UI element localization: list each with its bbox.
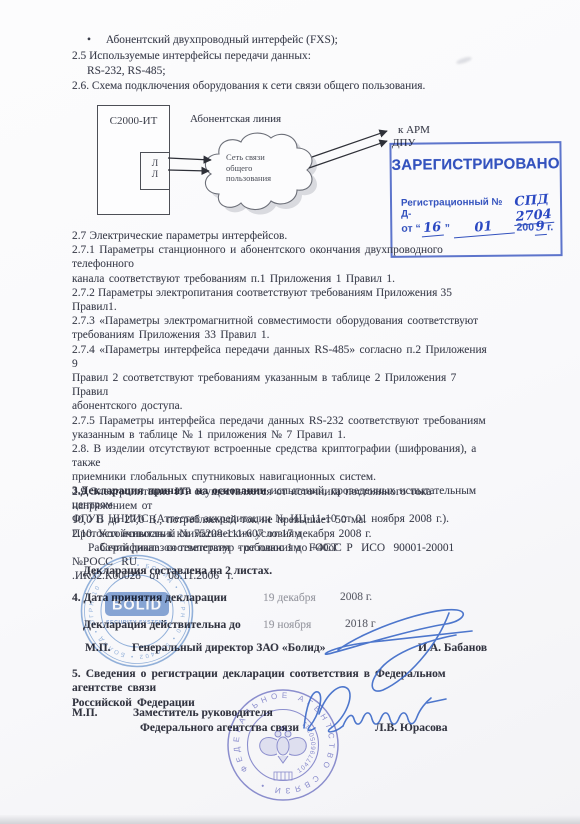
arrow-line	[168, 170, 209, 171]
basis-lead-bold: 3.Декларация принята на основании	[72, 485, 266, 497]
intro-item-rs: RS-232, RS-485;	[87, 64, 165, 78]
director-name: И.А. Бабанов	[418, 641, 487, 655]
valid-until-label: Декларация действительна до	[83, 618, 241, 632]
intro-bullet-line: • Абонентский двухпроводный интерфейс (F…	[87, 33, 338, 47]
cloud-caption-line: пользования	[226, 173, 271, 184]
clause-2-7-2: 2.7.2 Параметры электропитания соответст…	[72, 286, 496, 314]
registration-heading: 5. Сведения о регистрации декларации соо…	[72, 667, 484, 710]
sheets-note: Декларация составлена на 2 листах.	[83, 564, 272, 578]
intro-item-2-5: 2.5 Используемые интерфейсы передачи дан…	[72, 49, 311, 63]
scanned-declaration-page: • Абонентский двухпроводный интерфейс (F…	[0, 0, 580, 824]
intro-item-fxs: Абонентский двухпроводный интерфейс (FXS…	[106, 34, 338, 46]
basis-lead: 3.Декларация принята на основании испыта…	[72, 484, 496, 527]
acceptance-date-value: 19 декабря	[263, 591, 316, 605]
acceptance-date-label: 4. Дата принятия декларации	[72, 591, 227, 605]
date-year-printed: 200	[516, 221, 534, 233]
stamp-number: 1047796050311	[296, 719, 317, 775]
date-year-handwritten: 9	[533, 219, 546, 236]
clause-2-7-3: 2.7.3 «Параметры электромагнитной совмес…	[72, 314, 496, 342]
valid-until-value: 19 ноября	[263, 618, 311, 632]
cloud-caption-line: общего	[226, 163, 271, 174]
deputy-title-line2: Федерального агентства связи	[140, 721, 299, 735]
basis-protocol: Протокол испытаний № 75208-111-607 от 17…	[72, 527, 496, 541]
clause-2-7: 2.7 Электрические параметры интерфейсов.	[72, 229, 496, 243]
mp-mark: М.П.	[72, 706, 98, 720]
registered-stamp-title: ЗАРЕГИСТРИРОВАНО	[392, 155, 560, 174]
clause-2-8: 2.8. В изделии отсутствуют встроенные ср…	[72, 442, 496, 485]
scan-smudge	[456, 56, 473, 66]
clause-2-7-4: 2.7.4 «Параметры интерфейса передачи дан…	[72, 343, 496, 414]
cloud-caption-line: Сеть связи	[226, 152, 271, 163]
mp-mark: М.П.	[85, 641, 111, 655]
date-suffix: г.	[547, 221, 553, 233]
director-title: Генеральный директор ЗАО «Болид»	[132, 641, 325, 655]
bullet-glyph: •	[87, 34, 91, 46]
stamp-barcode-box	[274, 772, 292, 780]
arrow-line	[168, 158, 211, 160]
intro-item-2-6: 2.6. Схема подключения оборудования к се…	[72, 79, 425, 93]
clause-2-7-1: 2.7.1 Параметры станционного и абонентск…	[72, 243, 496, 286]
clause-2-7-5: 2.7.5 Параметры интерфейса передачи данн…	[72, 414, 496, 442]
valid-until-year: 2018 г	[345, 617, 376, 631]
stamp-inner-ring	[101, 575, 173, 647]
registration-number-label: Регистрационный № Д-	[401, 197, 511, 220]
acceptance-date-year: 2008 г.	[340, 590, 372, 604]
arrow-line	[312, 131, 387, 157]
cloud-caption: Сеть связи общего пользования	[226, 152, 271, 184]
deputy-title-line1: Заместитель руководителя	[133, 706, 273, 720]
deputy-name: Л.В. Юрасова	[375, 721, 448, 735]
fed-number-textpath: 1047796050311	[296, 719, 317, 775]
